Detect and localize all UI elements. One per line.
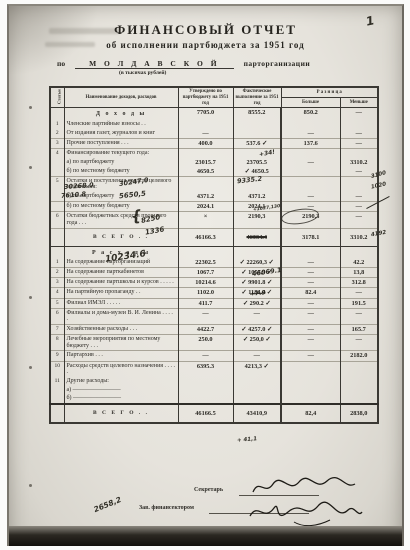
cell-num: 5: [50, 176, 64, 192]
cell-approved: 6395.3: [178, 361, 233, 377]
cell-more: 137.6: [281, 138, 340, 148]
margin-mark: [29, 166, 32, 169]
org-suffix: парторганизации: [244, 59, 311, 68]
cell-num: 6: [50, 308, 64, 324]
cell-less: —: [340, 192, 378, 202]
cell-approved: 400.0: [178, 138, 233, 148]
cell-more: 3178.1: [281, 228, 340, 246]
cell-less: 2838,0: [340, 404, 378, 423]
col-header-more: Больше: [281, 98, 340, 108]
handwritten-annotation: + 41,1: [237, 436, 258, 444]
cell-actual: 2190,3: [233, 212, 281, 228]
cell-num: [50, 246, 64, 258]
cell-actual: [233, 246, 281, 258]
cell-more: [281, 167, 340, 177]
cell-less: [340, 386, 378, 395]
cell-less: —: [340, 108, 378, 120]
cell-approved: [178, 176, 233, 192]
cell-label: Партархив . . .: [64, 351, 178, 361]
cell-approved: [178, 120, 233, 129]
cell-approved: 23015.7: [178, 158, 233, 167]
income-section: Д о х о д ы7705.08555.2850.2—1Членские п…: [50, 108, 378, 246]
cell-more: [281, 176, 340, 192]
cell-more: —: [281, 129, 340, 139]
cell-approved: 46166.3: [178, 228, 233, 246]
cell-num: [50, 404, 64, 423]
cell-actual: 23705.5: [233, 158, 281, 167]
cell-more: [281, 386, 340, 395]
cell-approved: [178, 377, 233, 386]
cell-approved: 22302.5: [178, 258, 233, 268]
cell-approved: 4650.5: [178, 167, 233, 177]
table-row: 6Филиалы и дома-музеи В. И. Ленина . . .…: [50, 308, 378, 324]
cell-num: 3: [50, 138, 64, 148]
cell-approved: 46166.5: [178, 404, 233, 423]
cell-actual: ✓ 250,0 ✓: [233, 335, 281, 351]
cell-approved: 250.0: [178, 335, 233, 351]
cell-actual: ✓ 9901.8 ✓: [233, 278, 281, 288]
cell-actual: —: [233, 308, 281, 324]
cell-more: [281, 361, 340, 377]
cell-approved: 1067.7: [178, 268, 233, 278]
table-row: б) по местному бюджету2024.12024.1——: [50, 202, 378, 212]
cell-approved: [178, 246, 233, 258]
cell-more: —: [281, 268, 340, 278]
cell-less: 191.5: [340, 298, 378, 308]
report-subtitle: об исполнении партбюджета за 1951 год: [9, 40, 402, 50]
cell-actual: 8555.2: [233, 108, 281, 120]
cell-approved: —: [178, 308, 233, 324]
cell-less: [340, 148, 378, 157]
scanned-document: 1 ФИНАНСОВЫЙ ОТЧЕТ об исполнении партбюд…: [0, 0, 410, 550]
cell-actual: 46034.4: [233, 228, 281, 246]
cell-more: 850.2: [281, 108, 340, 120]
cell-more: —: [281, 335, 340, 351]
col-header-approved: Утверждено по партбюджету на 1951 год: [178, 87, 233, 108]
cell-num: 4: [50, 288, 64, 298]
table-row: Р а с х о д ы: [50, 246, 378, 258]
cell-more: —: [281, 351, 340, 361]
cell-num: 1: [50, 120, 64, 129]
cell-more: [281, 120, 340, 129]
secretary-label: Секретарь: [194, 487, 223, 493]
cell-num: [50, 202, 64, 212]
table-row: 5Остатки и поступления средств целевого …: [50, 176, 378, 192]
cell-label: На партийную пропаганду . .: [64, 288, 178, 298]
cell-approved: —: [178, 351, 233, 361]
cell-actual: [233, 394, 281, 404]
cell-less: [340, 120, 378, 129]
handwritten-annotation: +7.9: [250, 289, 266, 297]
organization-line: поМ О Л Д А В С К О Йпарторганизации: [57, 59, 310, 69]
report-title: ФИНАНСОВЫЙ ОТЧЕТ: [9, 22, 402, 38]
col-header-actual: Фактическое выполнение за 1951 год: [233, 87, 281, 108]
cell-approved: 10214.6: [178, 278, 233, 288]
col-header-difference: Р а з н и ц а: [281, 87, 378, 98]
table-row: б) ————————: [50, 394, 378, 404]
org-name: М О Л Д А В С К О Й: [75, 59, 233, 69]
cell-num: 4: [50, 148, 64, 157]
col-header-articles: Статьи: [50, 87, 64, 108]
cell-approved: [178, 394, 233, 404]
cell-num: [50, 228, 64, 246]
margin-mark: [29, 366, 32, 369]
cell-less: [340, 377, 378, 386]
margin-mark: [29, 106, 32, 109]
cell-actual: —: [233, 351, 281, 361]
cell-actual: 4371.2: [233, 192, 281, 202]
table-row: 1Членские партийные взносы . .: [50, 120, 378, 129]
cell-less: [340, 246, 378, 258]
cell-more: 82.4: [281, 288, 340, 298]
cell-less: [340, 394, 378, 404]
cell-num: 2: [50, 268, 64, 278]
cell-approved: 4422.7: [178, 325, 233, 335]
cell-num: 8: [50, 335, 64, 351]
cell-less: —: [340, 308, 378, 324]
cell-num: 10: [50, 361, 64, 377]
table-row: 3Прочие поступления . . .400.0537.6 ✓137…: [50, 138, 378, 148]
cell-less: —: [340, 138, 378, 148]
cell-less: 2182.0: [340, 351, 378, 361]
table-row: 2От издания газет, журналов и книг———: [50, 129, 378, 139]
cell-label: Лечебные мероприятия по местному бюджету…: [64, 335, 178, 351]
cell-more: 82,4: [281, 404, 340, 423]
cell-more: [281, 148, 340, 157]
cell-actual: ✓ 290.2 ✓: [233, 298, 281, 308]
cell-actual: [233, 377, 281, 386]
table-row: 4На партийную пропаганду . .1102.0✓ 1184…: [50, 288, 378, 298]
cell-more: —: [281, 192, 340, 202]
cell-actual: 537.6 ✓: [233, 138, 281, 148]
cell-less: 3310.2: [340, 158, 378, 167]
cell-actual: ✓ 4257.0 ✓: [233, 325, 281, 335]
cell-more: —: [281, 158, 340, 167]
cell-approved: 2024.1: [178, 202, 233, 212]
secretary-signature: [249, 476, 359, 498]
cell-label: Членские партийные взносы . .: [64, 120, 178, 129]
cell-less: 13,8: [340, 268, 378, 278]
cell-num: 7: [50, 325, 64, 335]
cell-num: [50, 386, 64, 395]
cell-more: —: [281, 308, 340, 324]
cell-actual: 4213,3 ✓: [233, 361, 281, 377]
cell-approved: 7705.0: [178, 108, 233, 120]
table-row: 5Филиал ИМЭЛ . . . . .411.7✓ 290.2 ✓—191…: [50, 298, 378, 308]
cell-actual: [233, 120, 281, 129]
handwritten-annotation: 4192: [371, 230, 387, 239]
cell-num: 1: [50, 258, 64, 268]
cell-label: От издания газет, журналов и книг: [64, 129, 178, 139]
table-row: а) по партбюджету4371.24371.2——: [50, 192, 378, 202]
cell-approved: [178, 386, 233, 395]
cell-less: —: [340, 335, 378, 351]
cell-approved: —: [178, 129, 233, 139]
cell-label: а) по партбюджету: [64, 158, 178, 167]
cell-less: —: [340, 288, 378, 298]
table-row: а) по партбюджету23015.723705.5—3310.2: [50, 158, 378, 167]
cell-approved: 1102.0: [178, 288, 233, 298]
cell-actual: [233, 386, 281, 395]
margin-mark: [29, 296, 32, 299]
cell-approved: ×: [178, 212, 233, 228]
cell-num: [50, 158, 64, 167]
units-note: (в тысячах рублей): [119, 70, 166, 76]
document-page: 1 ФИНАНСОВЫЙ ОТЧЕТ об исполнении партбюд…: [7, 4, 404, 546]
cell-label: В С Е Г О . .: [64, 404, 178, 423]
cell-more: [281, 394, 340, 404]
cell-label: На содержание парткабинетов: [64, 268, 178, 278]
cell-num: 11: [50, 377, 64, 386]
cell-less: 165.7: [340, 325, 378, 335]
cell-less: [340, 361, 378, 377]
table-row: В С Е Г О . .46166.543410,982,42838,0: [50, 404, 378, 423]
cell-label: Расходы средств целевого назначения . . …: [64, 361, 178, 377]
table-row: В С Е Г О . .46166.346034.43178.13310.2: [50, 228, 378, 246]
cell-approved: 4371.2: [178, 192, 233, 202]
cell-label: б) по местному бюджету: [64, 167, 178, 177]
col-header-name: Наименование доходов, расходов: [64, 87, 178, 108]
expense-section: Р а с х о д ы1На содержание парторганиза…: [50, 246, 378, 423]
cell-label: б) по местному бюджету: [64, 202, 178, 212]
table-row: 10Расходы средств целевого назначения . …: [50, 361, 378, 377]
cell-label: На содержание партшколы и курсов . . . .…: [64, 278, 178, 288]
margin-mark: [29, 484, 32, 487]
table-row: 4Финансирование текущего года:: [50, 148, 378, 157]
cell-label: Финансирование текущего года:: [64, 148, 178, 157]
cell-num: 3: [50, 278, 64, 288]
cell-label: а) ————————: [64, 386, 178, 395]
cell-num: [50, 394, 64, 404]
cell-num: [50, 167, 64, 177]
budget-table: Статьи Наименование доходов, расходов Ут…: [49, 86, 379, 424]
table-row: Д о х о д ы7705.08555.2850.2—: [50, 108, 378, 120]
cell-label: Филиал ИМЭЛ . . . . .: [64, 298, 178, 308]
cell-num: 2: [50, 129, 64, 139]
cell-actual: 43410,9: [233, 404, 281, 423]
cell-more: —: [281, 278, 340, 288]
cell-less: 312.8: [340, 278, 378, 288]
cell-approved: 411.7: [178, 298, 233, 308]
cell-label: Д о х о д ы: [64, 108, 178, 120]
handwritten-annotation: 2658,2: [92, 495, 122, 514]
fin-sector-signature: [244, 498, 364, 528]
cell-more: [281, 246, 340, 258]
cell-more: —: [281, 298, 340, 308]
fin-sector-label: Зав. финансектором: [139, 505, 194, 511]
org-prefix: по: [57, 59, 65, 68]
cell-actual: [233, 129, 281, 139]
cell-approved: [178, 148, 233, 157]
table-row: 9Партархив . . .———2182.0: [50, 351, 378, 361]
table-row: 6Остатки бюджетных средств прошлого года…: [50, 212, 378, 228]
cell-label: Другие расходы:: [64, 377, 178, 386]
cell-label: Прочие поступления . . .: [64, 138, 178, 148]
table-row: 8Лечебные мероприятия по местному бюджет…: [50, 335, 378, 351]
cell-num: 6: [50, 212, 64, 228]
table-row: а) ————————: [50, 386, 378, 395]
table-row: 7Хозяйственные расходы . . .4422.7✓ 4257…: [50, 325, 378, 335]
cell-num: 9: [50, 351, 64, 361]
cell-more: [281, 377, 340, 386]
cell-label: б) ————————: [64, 394, 178, 404]
cell-label: Хозяйственные расходы . . .: [64, 325, 178, 335]
cell-more: —: [281, 258, 340, 268]
cell-less: —: [340, 212, 378, 228]
cell-num: [50, 108, 64, 120]
cell-more: —: [281, 325, 340, 335]
col-header-less: Меньше: [340, 98, 378, 108]
cell-label: Филиалы и дома-музеи В. И. Ленина . . . …: [64, 308, 178, 324]
cell-num: 5: [50, 298, 64, 308]
table-row: б) по местному бюджету4650.5✓ 4650.5—: [50, 167, 378, 177]
cell-less: 42.2: [340, 258, 378, 268]
table-row: 3На содержание партшколы и курсов . . . …: [50, 278, 378, 288]
table-row: 11Другие расходы:: [50, 377, 378, 386]
cell-less: —: [340, 129, 378, 139]
crossed-out-value: 46034.4: [247, 234, 267, 241]
table-row: 2На содержание парткабинетов1067.7✓ 1053…: [50, 268, 378, 278]
table-row: 1На содержание парторганизаций22302.5✓ 2…: [50, 258, 378, 268]
photo-bottom-edge: [9, 526, 402, 546]
cell-less: —: [340, 202, 378, 212]
